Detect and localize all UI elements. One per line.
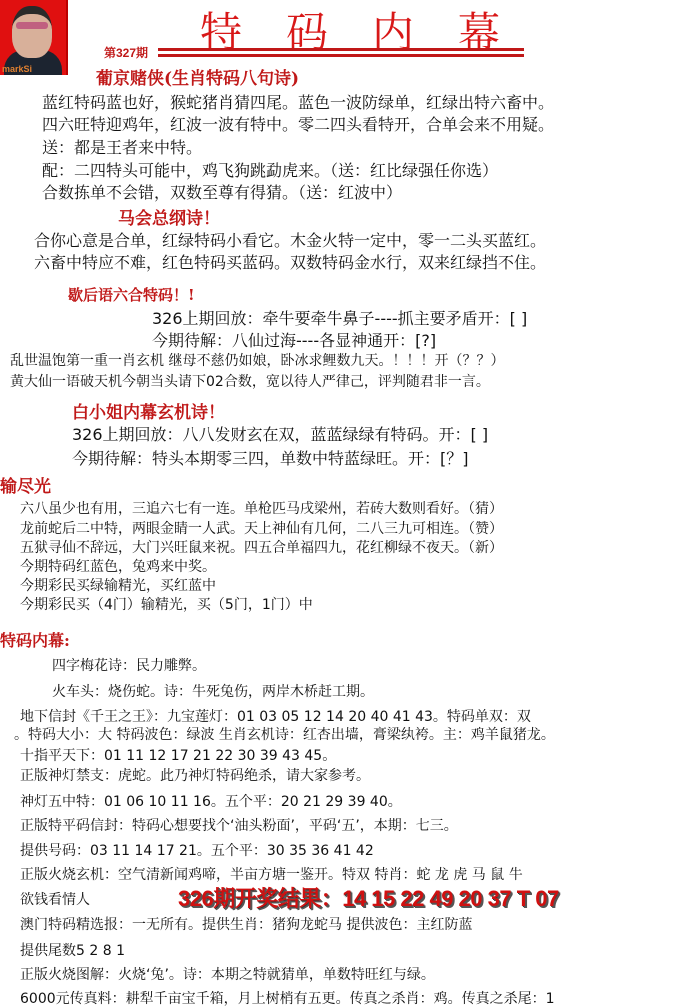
- neimu-line: 澳门特码精选报：一无所有。提供生肖：猪狗龙蛇马 提供波色：主红防蓝: [20, 914, 472, 934]
- mahui-line: 六畜中特应不难，红色特码买蓝码。双数特码金水行，双来红绿挡不住。: [34, 250, 546, 273]
- xiehouyu-line: 今期待解：八仙过海----各显神通开：[?]: [152, 328, 436, 351]
- poem8-line: 四六旺特迎鸡年，红波一波有特中。零二四头看特开，合单会来不用疑。: [42, 112, 554, 135]
- poem8-line: 合数拣单不会错，双数至尊有得猜。（送：红波中）: [42, 180, 402, 203]
- neimu-line: 提供尾数5 2 8 1: [20, 940, 125, 960]
- draw-result-banner: 326期开奖结果：14 15 22 49 20 37 T 07: [178, 882, 559, 913]
- shujinguang-line: 五狱寻仙不辞远，大门兴旺鼠来祝。四五合单福四九，花红柳绿不夜天。（新）: [20, 537, 503, 557]
- portrait-brand: markSi: [2, 64, 32, 74]
- neimu-line: 正版火烧玄机：空气清新闻鸡啼，半亩方塘一鉴开。特双 特肖：蛇 龙 虎 马 鼠 牛: [20, 864, 523, 884]
- shujinguang-line: 六八虽少也有用，三追六七有一连。单枪匹马戌梁州，若砖大数则看好。（猜）: [20, 498, 503, 518]
- neimu-line: 正版火烧图解：火烧‘兔’。诗：本期之特就猜单，单数特旺红与绿。: [20, 964, 435, 984]
- title-rule-bottom: [158, 54, 524, 57]
- shujinguang-line: 今期彩民买绿输精光，买红蓝中: [20, 575, 216, 595]
- mahui-line: 合你心意是合单，红绿特码小看它。木金火特一定中，零一二头买蓝红。: [34, 228, 546, 251]
- neimu-line: 四字梅花诗：民力雕弊。: [52, 655, 206, 675]
- section-heading-neimu: 特码内幕:: [0, 628, 70, 651]
- shujinguang-line: 今期彩民买（4门）输精光，买（5门，1门）中: [20, 594, 313, 614]
- bai-line: 今期待解：特头本期零三四，单数中特蓝绿旺。开：[？]: [72, 446, 469, 469]
- neimu-line: 地下信封《千王之王》：九宝莲灯：01 03 05 12 14 20 40 41 …: [20, 706, 531, 726]
- neimu-line: 十指平天下：01 11 12 17 21 22 30 39 43 45。: [20, 745, 336, 765]
- section-heading-mahui: 马会总纲诗！: [118, 204, 220, 229]
- shujinguang-line: 今期特码红蓝色，兔鸡来中奖。: [20, 556, 216, 576]
- title-rule-top: [158, 48, 524, 51]
- neimu-line: 欲钱看情人: [20, 889, 90, 909]
- neimu-line: 提供号码：03 11 14 17 21。五个平：30 35 36 41 42: [20, 840, 374, 860]
- issue-number: 第327期: [104, 44, 148, 61]
- neimu-line: 正版特平码信封：特码心想要找个‘油头粉面’，平码‘五’，本期：七三。: [20, 815, 458, 835]
- page-title: 特码内幕: [200, 0, 544, 60]
- section-heading-bai: 白小姐内幕玄机诗！: [72, 398, 225, 423]
- xiehouyu-line: 黄大仙一语破天机今朝当头请下02合数，宽以待人严律己，评判随君非一言。: [10, 371, 490, 391]
- neimu-line: 正版神灯禁支：虎蛇。此乃神灯特码绝杀，请大家参考。: [20, 765, 370, 785]
- section-heading-shujinguang: 输尽光: [0, 472, 51, 497]
- neimu-line: 火车头：烧伤蛇。诗：牛死兔伤，两岸木桥赶工期。: [52, 681, 374, 701]
- neimu-line: 神灯五中特：01 06 10 11 16。五个平：20 21 29 39 40。: [20, 791, 402, 811]
- poem8-line: 配：二四特头可能中，鸡飞狗跳勐虎来。（送：红比绿强任你选）: [42, 158, 498, 181]
- portrait-glasses: [16, 22, 48, 29]
- xiehouyu-line: 乱世温饱第一重一肖玄机 继母不慈仍如娘，卧冰求鲤数九天。！！！开（？？）: [10, 350, 504, 370]
- bai-line: 326上期回放：八八发财玄在双，蓝蓝绿绿有特码。开：[ ]: [72, 422, 488, 445]
- xiehouyu-line: 326上期回放：牵牛要牵牛鼻子----抓主要矛盾开：[ ]: [152, 306, 527, 329]
- section-heading-poem8: 葡京赌侠(生肖特码八句诗): [96, 64, 299, 89]
- neimu-line: 6000元传真料：耕犁千亩宝千箱，月上树梢有五更。传真之杀肖：鸡。传真之杀尾：1: [20, 988, 555, 1008]
- shujinguang-line: 龙前蛇后二中特，两眼金睛一人武。天上神仙有几何，二八三九可相连。（赞）: [20, 518, 503, 538]
- section-heading-xiehouyu: 歇后语六合特码！!: [68, 284, 195, 305]
- author-portrait: markSi: [0, 0, 68, 75]
- portrait-face: [12, 6, 52, 58]
- poem8-line: 蓝红特码蓝也好，猴蛇猪肖猜四尾。蓝色一波防绿单，红绿出特六畜中。: [42, 90, 554, 113]
- neimu-line: 。特码大小：大 特码波色：绿波 生肖玄机诗：红杏出墙，膏梁纨袴。主：鸡羊鼠猪龙。: [14, 724, 555, 744]
- poem8-line: 送：都是王者来中特。: [42, 135, 202, 158]
